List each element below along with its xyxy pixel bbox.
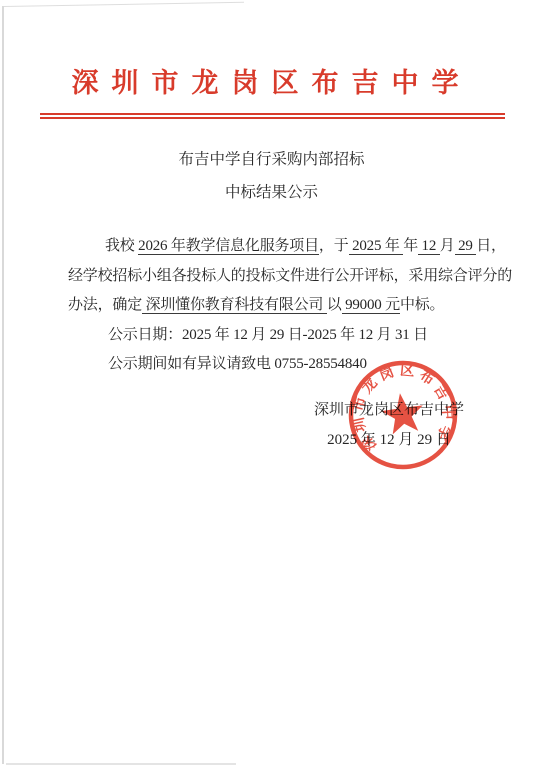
- filled-blank-value: 29: [455, 238, 477, 255]
- official-seal: 深圳市龙岗区布吉中学: [337, 349, 468, 480]
- body-line-3: 办法，确定 深圳懂你教育科技有限公司 以 99000 元中标。: [68, 291, 483, 321]
- body-text-segment: 月: [440, 238, 455, 254]
- filled-blank-value: 2025 年: [349, 238, 404, 255]
- body-text-segment: 中标。: [400, 297, 444, 313]
- filled-blank-value: 深圳懂你教育科技有限公司: [142, 297, 327, 314]
- body-text-segment: 办法，确定: [68, 297, 142, 313]
- seal-star-icon: [379, 390, 426, 435]
- document-title: 布吉中学自行采购内部招标 中标结果公示: [0, 151, 543, 201]
- body-line-4: 公示日期：2025 年 12 月 29 日-2025 年 12 月 31 日: [68, 321, 483, 351]
- doc-title-line2: 中标结果公示: [0, 184, 543, 201]
- body-text-segment: 公示日期：2025 年 12 月 29 日-2025 年 12 月 31 日: [108, 327, 428, 343]
- body-text-segment: 以: [327, 297, 342, 313]
- body-text-segment: 我校: [105, 238, 138, 254]
- document-page: 深圳市龙岗区布吉中学 布吉中学自行采购内部招标 中标结果公示 我校 2026 年…: [0, 0, 543, 768]
- body-text-segment: 公示期间如有异议请致电 0755-28554840: [108, 356, 367, 372]
- filled-blank-value: 99000 元: [342, 297, 400, 314]
- scan-edge-left: [2, 6, 4, 764]
- body-line-1: 我校 2026 年教学信息化服务项目，于 2025 年 年 12 月 29 日，: [68, 232, 483, 262]
- letterhead-divider: [40, 113, 505, 119]
- letterhead-school-name: 深圳市龙岗区布吉中学: [0, 0, 543, 100]
- body-text-segment: 年: [403, 238, 418, 254]
- scan-edge-bottom: [6, 763, 236, 765]
- body-text-segment: ，于: [319, 238, 349, 254]
- doc-title-line1: 布吉中学自行采购内部招标: [0, 151, 543, 168]
- body-text-segment: 经学校招标小组各投标人的投标文件进行公开评标，采用综合评分的: [68, 268, 512, 284]
- body-text-segment: 日，: [476, 238, 506, 254]
- body-line-2: 经学校招标小组各投标人的投标文件进行公开评标，采用综合评分的: [68, 262, 483, 292]
- filled-blank-value: 12: [418, 238, 440, 255]
- filled-blank-value: 2026 年教学信息化服务项目: [138, 238, 319, 255]
